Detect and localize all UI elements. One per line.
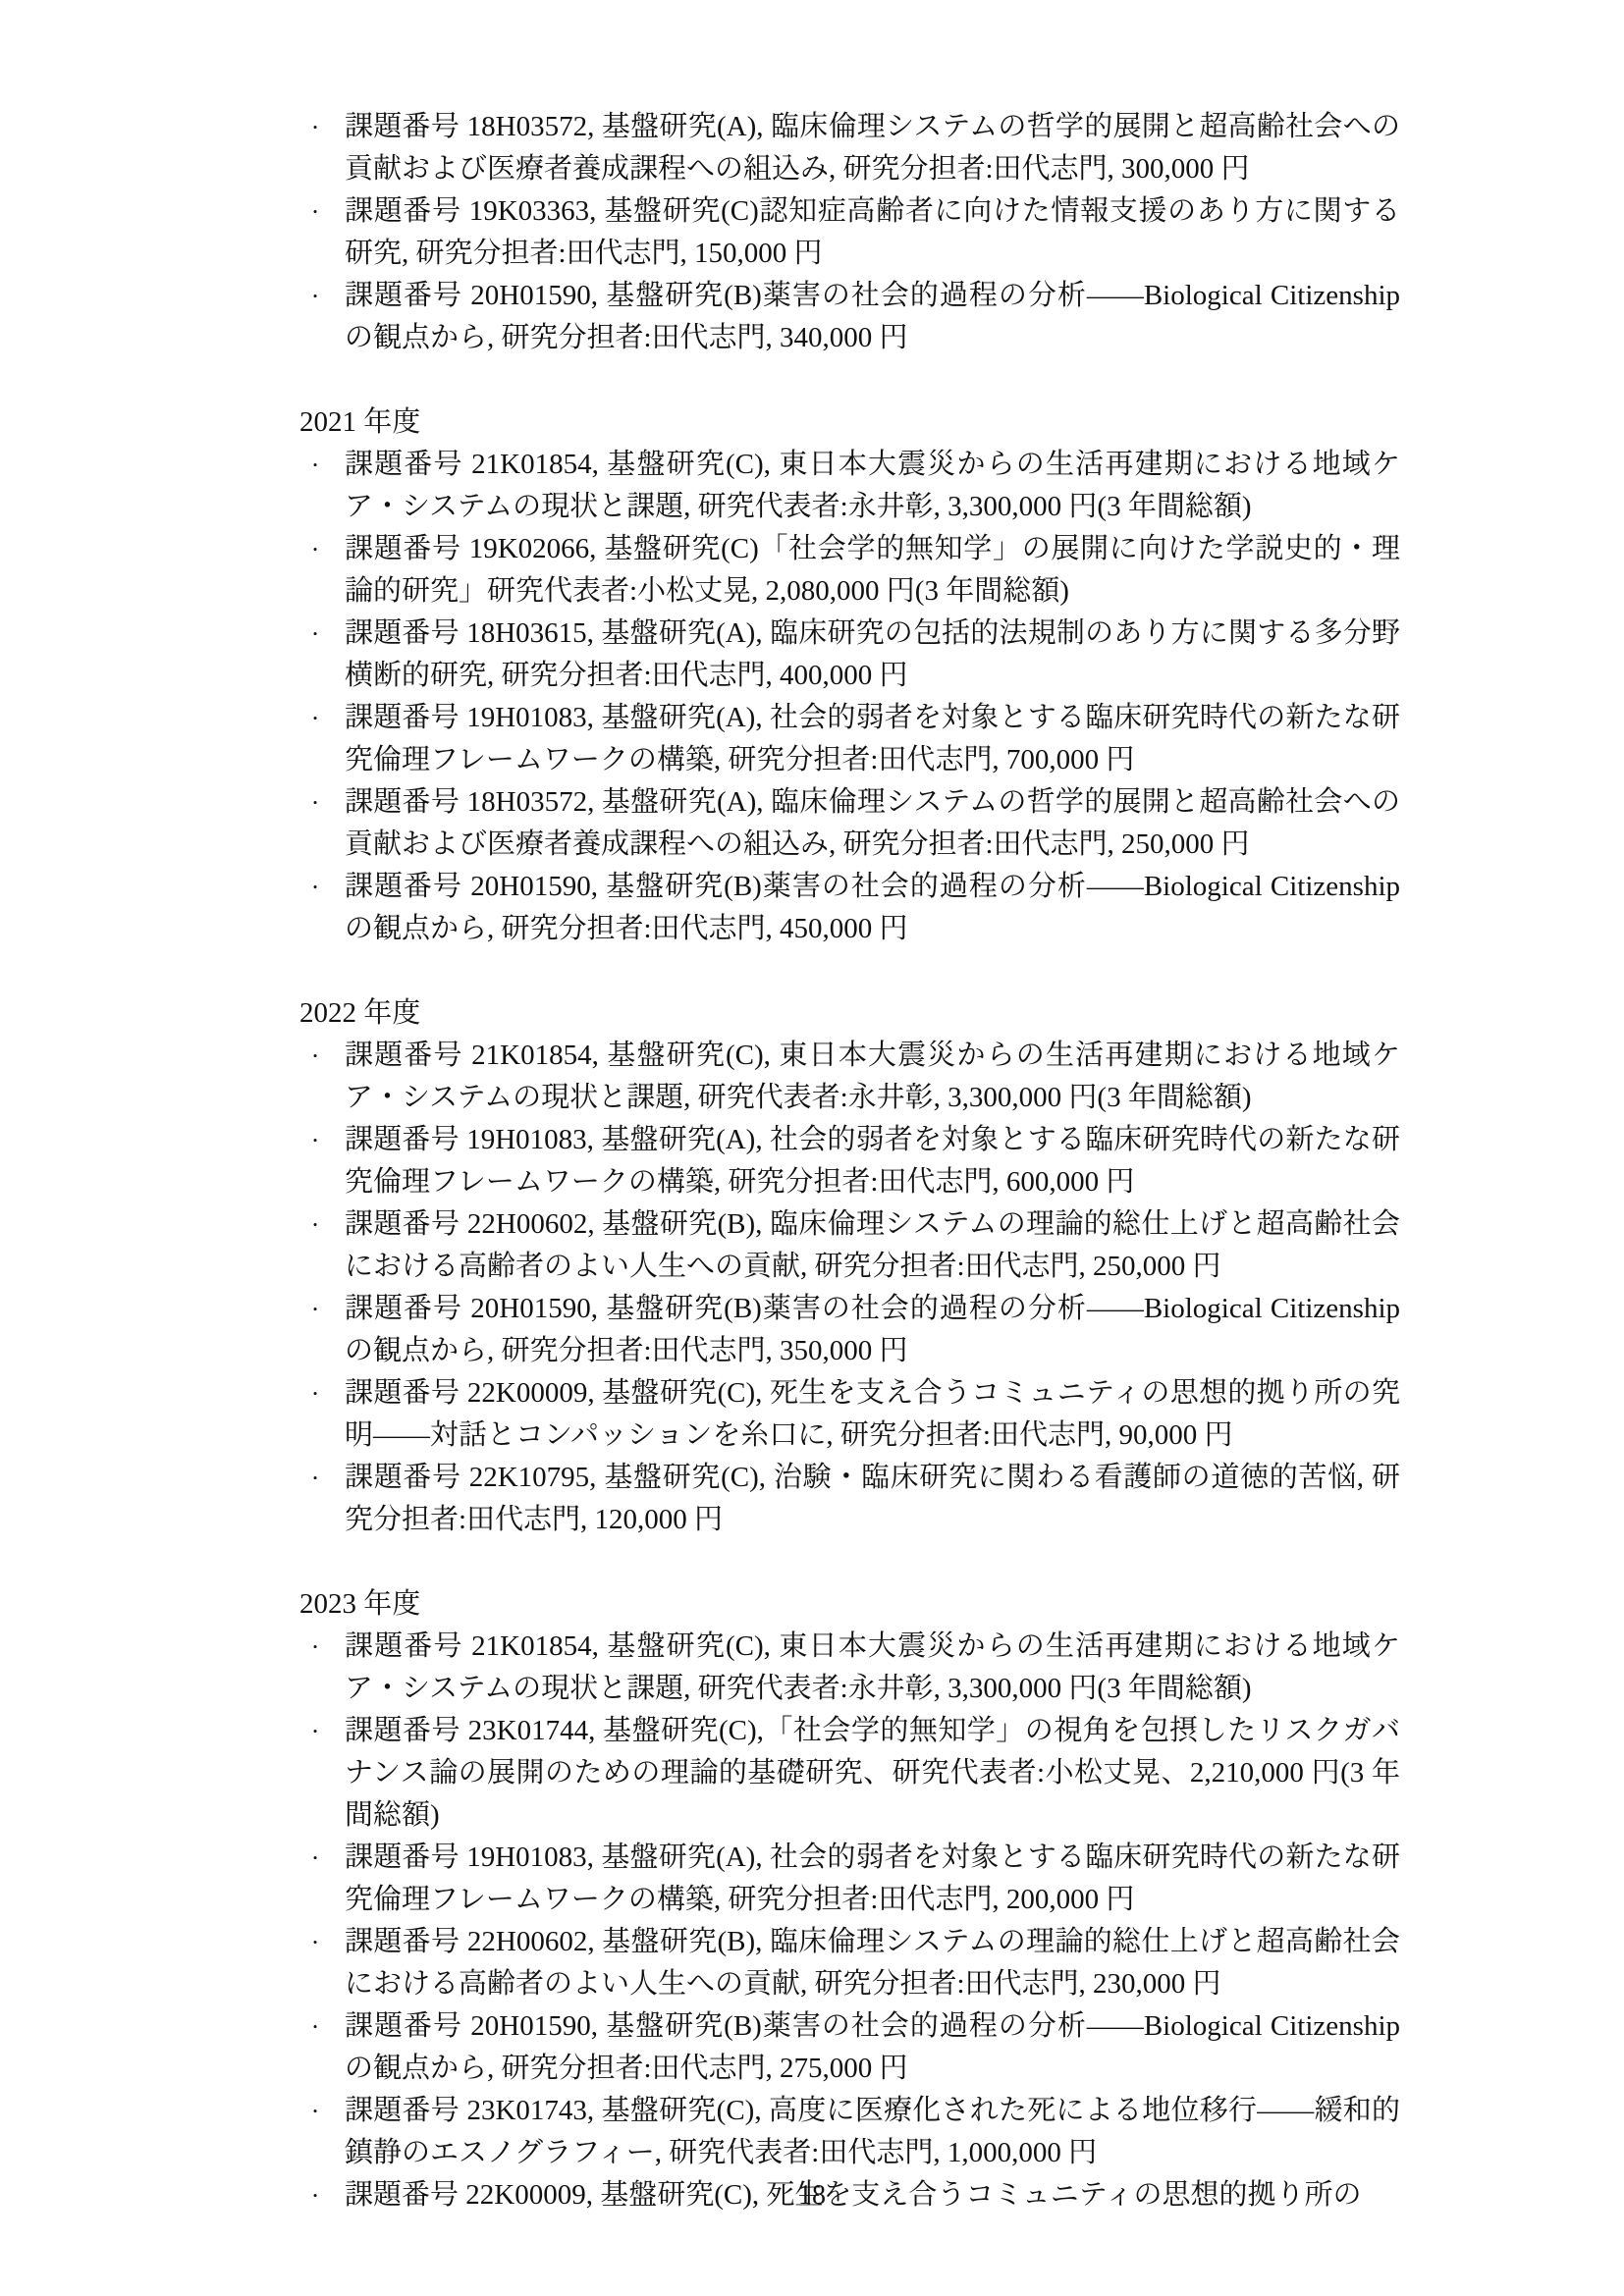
grant-item-text: 課題番号 23K01743, 基盤研究(C), 高度に医療化された死による地位移… [345, 2095, 1400, 2168]
grant-item-text: 課題番号 21K01854, 基盤研究(C), 東日本大震災からの生活再建期にお… [345, 1040, 1400, 1113]
grant-item: • 課題番号 19H01083, 基盤研究(A), 社会的弱者を対象とする臨床研… [299, 1837, 1400, 1921]
bullet-icon: • [305, 1035, 325, 1077]
grant-section-continued: • 課題番号 18H03572, 基盤研究(A), 臨床倫理システムの哲学的展開… [299, 106, 1400, 359]
bullet-icon: • [305, 444, 325, 486]
bullet-icon: • [305, 613, 325, 655]
document-page: • 課題番号 18H03572, 基盤研究(A), 臨床倫理システムの哲学的展開… [0, 0, 1624, 2296]
grant-item-text: 課題番号 21K01854, 基盤研究(C), 東日本大震災からの生活再建期にお… [345, 449, 1400, 522]
grant-section-2021: 2021 年度 • 課題番号 21K01854, 基盤研究(C), 東日本大震災… [299, 401, 1400, 950]
bullet-icon: • [305, 275, 325, 317]
grant-item-text: 課題番号 19H01083, 基盤研究(A), 社会的弱者を対象とする臨床研究時… [345, 702, 1400, 775]
grant-item: • 課題番号 21K01854, 基盤研究(C), 東日本大震災からの生活再建期… [299, 444, 1400, 528]
grant-item-text: 課題番号 19K03363, 基盤研究(C)認知症高齢者に向けた情報支援のあり方… [345, 195, 1400, 269]
grant-item-text: 課題番号 21K01854, 基盤研究(C), 東日本大震災からの生活再建期にお… [345, 1630, 1400, 1704]
grant-item: • 課題番号 22H00602, 基盤研究(B), 臨床倫理システムの理論的総仕… [299, 1921, 1400, 2005]
grant-item-text: 課題番号 18H03615, 基盤研究(A), 臨床研究の包括的法規制のあり方に… [345, 617, 1400, 691]
grant-item: • 課題番号 18H03572, 基盤研究(A), 臨床倫理システムの哲学的展開… [299, 781, 1400, 866]
grant-item: • 課題番号 22K10795, 基盤研究(C), 治験・臨床研究に関わる看護師… [299, 1457, 1400, 1541]
grant-item-text: 課題番号 18H03572, 基盤研究(A), 臨床倫理システムの哲学的展開と超… [345, 786, 1400, 860]
grant-section-2022: 2022 年度 • 課題番号 21K01854, 基盤研究(C), 東日本大震災… [299, 992, 1400, 1541]
bullet-icon: • [305, 1457, 325, 1499]
grant-item: • 課題番号 23K01744, 基盤研究(C),「社会学的無知学」の視角を包摂… [299, 1710, 1400, 1837]
grant-item: • 課題番号 22K00009, 基盤研究(C), 死生を支え合うコミュニティの… [299, 1372, 1400, 1457]
bullet-icon: • [305, 781, 325, 824]
grant-item: • 課題番号 19H01083, 基盤研究(A), 社会的弱者を対象とする臨床研… [299, 1119, 1400, 1203]
bullet-icon: • [305, 697, 325, 739]
fiscal-year-heading: 2021 年度 [299, 401, 1400, 444]
page-number: 18 [0, 2179, 1624, 2213]
grant-item-text: 課題番号 22K00009, 基盤研究(C), 死生を支え合うコミュニティの思想… [345, 1377, 1400, 1451]
grant-section-2023: 2023 年度 • 課題番号 21K01854, 基盤研究(C), 東日本大震災… [299, 1583, 1400, 2216]
grant-item: • 課題番号 18H03615, 基盤研究(A), 臨床研究の包括的法規制のあり… [299, 613, 1400, 697]
grant-item: • 課題番号 20H01590, 基盤研究(B)薬害の社会的過程の分析――Bio… [299, 866, 1400, 950]
grant-item: • 課題番号 21K01854, 基盤研究(C), 東日本大震災からの生活再建期… [299, 1035, 1400, 1119]
page-content: • 課題番号 18H03572, 基盤研究(A), 臨床倫理システムの哲学的展開… [0, 0, 1624, 2216]
bullet-icon: • [305, 1626, 325, 1668]
grant-item: • 課題番号 21K01854, 基盤研究(C), 東日本大震災からの生活再建期… [299, 1626, 1400, 1710]
grant-item-text: 課題番号 22H00602, 基盤研究(B), 臨床倫理システムの理論的総仕上げ… [345, 1208, 1400, 1282]
bullet-icon: • [305, 1837, 325, 1879]
grant-item-text: 課題番号 20H01590, 基盤研究(B)薬害の社会的過程の分析――Biolo… [345, 1293, 1400, 1366]
grant-item-text: 課題番号 22K10795, 基盤研究(C), 治験・臨床研究に関わる看護師の道… [345, 1462, 1400, 1535]
fiscal-year-heading: 2023 年度 [299, 1583, 1400, 1626]
grant-item-text: 課題番号 22H00602, 基盤研究(B), 臨床倫理システムの理論的総仕上げ… [345, 1926, 1400, 2000]
grant-item: • 課題番号 18H03572, 基盤研究(A), 臨床倫理システムの哲学的展開… [299, 106, 1400, 190]
grant-item-text: 課題番号 23K01744, 基盤研究(C),「社会学的無知学」の視角を包摂した… [345, 1715, 1400, 1831]
bullet-icon: • [305, 1372, 325, 1415]
grant-item-text: 課題番号 20H01590, 基盤研究(B)薬害の社会的過程の分析――Biolo… [345, 280, 1400, 353]
grant-item: • 課題番号 22H00602, 基盤研究(B), 臨床倫理システムの理論的総仕… [299, 1203, 1400, 1288]
bullet-icon: • [305, 1203, 325, 1246]
grant-item: • 課題番号 20H01590, 基盤研究(B)薬害の社会的過程の分析――Bio… [299, 1288, 1400, 1372]
grant-item: • 課題番号 20H01590, 基盤研究(B)薬害の社会的過程の分析――Bio… [299, 2005, 1400, 2090]
grant-item: • 課題番号 23K01743, 基盤研究(C), 高度に医療化された死による地… [299, 2090, 1400, 2174]
bullet-icon: • [305, 2090, 325, 2132]
grant-item-text: 課題番号 20H01590, 基盤研究(B)薬害の社会的過程の分析――Biolo… [345, 871, 1400, 944]
bullet-icon: • [305, 190, 325, 233]
grant-item: • 課題番号 19K02066, 基盤研究(C)「社会学的無知学」の展開に向けた… [299, 528, 1400, 613]
grant-item-text: 課題番号 19H01083, 基盤研究(A), 社会的弱者を対象とする臨床研究時… [345, 1842, 1400, 1915]
bullet-icon: • [305, 866, 325, 908]
grant-item: • 課題番号 19H01083, 基盤研究(A), 社会的弱者を対象とする臨床研… [299, 697, 1400, 781]
bullet-icon: • [305, 1710, 325, 1752]
grant-item: • 課題番号 20H01590, 基盤研究(B)薬害の社会的過程の分析――Bio… [299, 275, 1400, 359]
grant-item: • 課題番号 19K03363, 基盤研究(C)認知症高齢者に向けた情報支援のあ… [299, 190, 1400, 275]
bullet-icon: • [305, 1921, 325, 1963]
grant-item-text: 課題番号 19H01083, 基盤研究(A), 社会的弱者を対象とする臨床研究時… [345, 1124, 1400, 1198]
grant-item-text: 課題番号 19K02066, 基盤研究(C)「社会学的無知学」の展開に向けた学説… [345, 533, 1400, 607]
bullet-icon: • [305, 2005, 325, 2048]
grant-item-text: 課題番号 18H03572, 基盤研究(A), 臨床倫理システムの哲学的展開と超… [345, 111, 1400, 185]
bullet-icon: • [305, 106, 325, 148]
grant-item-text: 課題番号 20H01590, 基盤研究(B)薬害の社会的過程の分析――Biolo… [345, 2010, 1400, 2084]
fiscal-year-heading: 2022 年度 [299, 992, 1400, 1035]
bullet-icon: • [305, 1288, 325, 1330]
bullet-icon: • [305, 528, 325, 570]
bullet-icon: • [305, 1119, 325, 1161]
